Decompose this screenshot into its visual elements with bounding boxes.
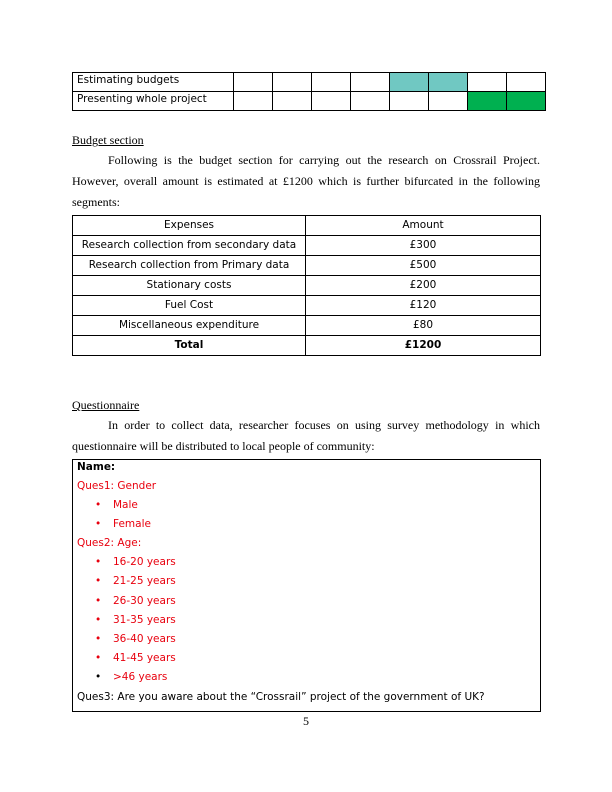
amount-cell: £200 — [306, 276, 541, 296]
schedule-cell-filled — [507, 92, 546, 111]
column-header-amount: Amount — [306, 216, 541, 236]
name-label: Name: — [77, 460, 115, 474]
budget-paragraph-text: Following is the budget section for carr… — [72, 153, 540, 209]
schedule-table: Estimating budgets Presenting whole proj… — [72, 72, 546, 111]
table-row: Stationary costs £200 — [73, 276, 541, 296]
option-label: 41-45 years — [113, 652, 176, 664]
questionnaire-paragraph: In order to collect data, researcher foc… — [72, 415, 540, 457]
option-label: 16-20 years — [113, 556, 176, 568]
amount-cell: £500 — [306, 256, 541, 276]
page-number: 5 — [0, 714, 612, 729]
option-item: •26-30 years — [95, 594, 176, 608]
option-label: 36-40 years — [113, 633, 176, 645]
option-label: Male — [113, 499, 138, 511]
schedule-cell — [351, 92, 390, 111]
schedule-cell — [273, 73, 312, 92]
option-label: 26-30 years — [113, 595, 176, 607]
bullet-icon: • — [95, 594, 113, 608]
questionnaire-form: Name: Ques1: Gender •Male •Female Ques2:… — [72, 459, 541, 712]
total-amount: £1200 — [306, 336, 541, 356]
document-page: Estimating budgets Presenting whole proj… — [0, 0, 612, 792]
schedule-cell — [312, 73, 351, 92]
option-item: •16-20 years — [95, 555, 176, 569]
option-item: •31-35 years — [95, 613, 176, 627]
table-row: Miscellaneous expenditure £80 — [73, 316, 541, 336]
table-row: Fuel Cost £120 — [73, 296, 541, 316]
amount-cell: £80 — [306, 316, 541, 336]
bullet-icon: • — [95, 555, 113, 569]
amount-cell: £300 — [306, 236, 541, 256]
option-label: 21-25 years — [113, 575, 176, 587]
option-item: •36-40 years — [95, 632, 176, 646]
option-label: >46 years — [113, 671, 167, 683]
questionnaire-heading: Questionnaire — [72, 398, 139, 413]
option-item: •Male — [95, 498, 138, 512]
table-header-row: Expenses Amount — [73, 216, 541, 236]
bullet-icon: • — [95, 613, 113, 627]
option-item: •>46 years — [95, 670, 167, 684]
table-row: Presenting whole project — [73, 92, 546, 111]
task-label: Estimating budgets — [73, 73, 234, 92]
expense-cell: Research collection from Primary data — [73, 256, 306, 276]
budget-paragraph: Following is the budget section for carr… — [72, 150, 540, 213]
column-header-expenses: Expenses — [73, 216, 306, 236]
bullet-icon: • — [95, 498, 113, 512]
schedule-cell — [312, 92, 351, 111]
total-label: Total — [73, 336, 306, 356]
task-label: Presenting whole project — [73, 92, 234, 111]
schedule-cell — [390, 92, 429, 111]
option-item: •41-45 years — [95, 651, 176, 665]
table-row: Research collection from Primary data £5… — [73, 256, 541, 276]
expense-cell: Research collection from secondary data — [73, 236, 306, 256]
schedule-cell — [234, 92, 273, 111]
table-row: Research collection from secondary data … — [73, 236, 541, 256]
bullet-icon: • — [95, 574, 113, 588]
schedule-cell — [507, 73, 546, 92]
bullet-icon: • — [95, 670, 113, 684]
budget-section-heading: Budget section — [72, 133, 144, 148]
schedule-cell — [273, 92, 312, 111]
table-row: Estimating budgets — [73, 73, 546, 92]
schedule-cell — [468, 73, 507, 92]
schedule-cell — [234, 73, 273, 92]
schedule-cell-filled — [429, 73, 468, 92]
question-3: Ques3: Are you aware about the “Crossrai… — [77, 690, 485, 704]
bullet-icon: • — [95, 651, 113, 665]
option-item: •Female — [95, 517, 151, 531]
amount-cell: £120 — [306, 296, 541, 316]
question-1: Ques1: Gender — [77, 479, 156, 493]
schedule-cell-filled — [390, 73, 429, 92]
question-2: Ques2: Age: — [77, 536, 141, 550]
schedule-cell-filled — [468, 92, 507, 111]
option-item: •21-25 years — [95, 574, 176, 588]
option-label: 31-35 years — [113, 614, 176, 626]
bullet-icon: • — [95, 632, 113, 646]
schedule-cell — [351, 73, 390, 92]
schedule-cell — [429, 92, 468, 111]
expense-cell: Miscellaneous expenditure — [73, 316, 306, 336]
table-total-row: Total £1200 — [73, 336, 541, 356]
option-label: Female — [113, 518, 151, 530]
expense-cell: Stationary costs — [73, 276, 306, 296]
questionnaire-paragraph-text: In order to collect data, researcher foc… — [72, 418, 540, 453]
expense-cell: Fuel Cost — [73, 296, 306, 316]
budget-table: Expenses Amount Research collection from… — [72, 215, 541, 356]
bullet-icon: • — [95, 517, 113, 531]
